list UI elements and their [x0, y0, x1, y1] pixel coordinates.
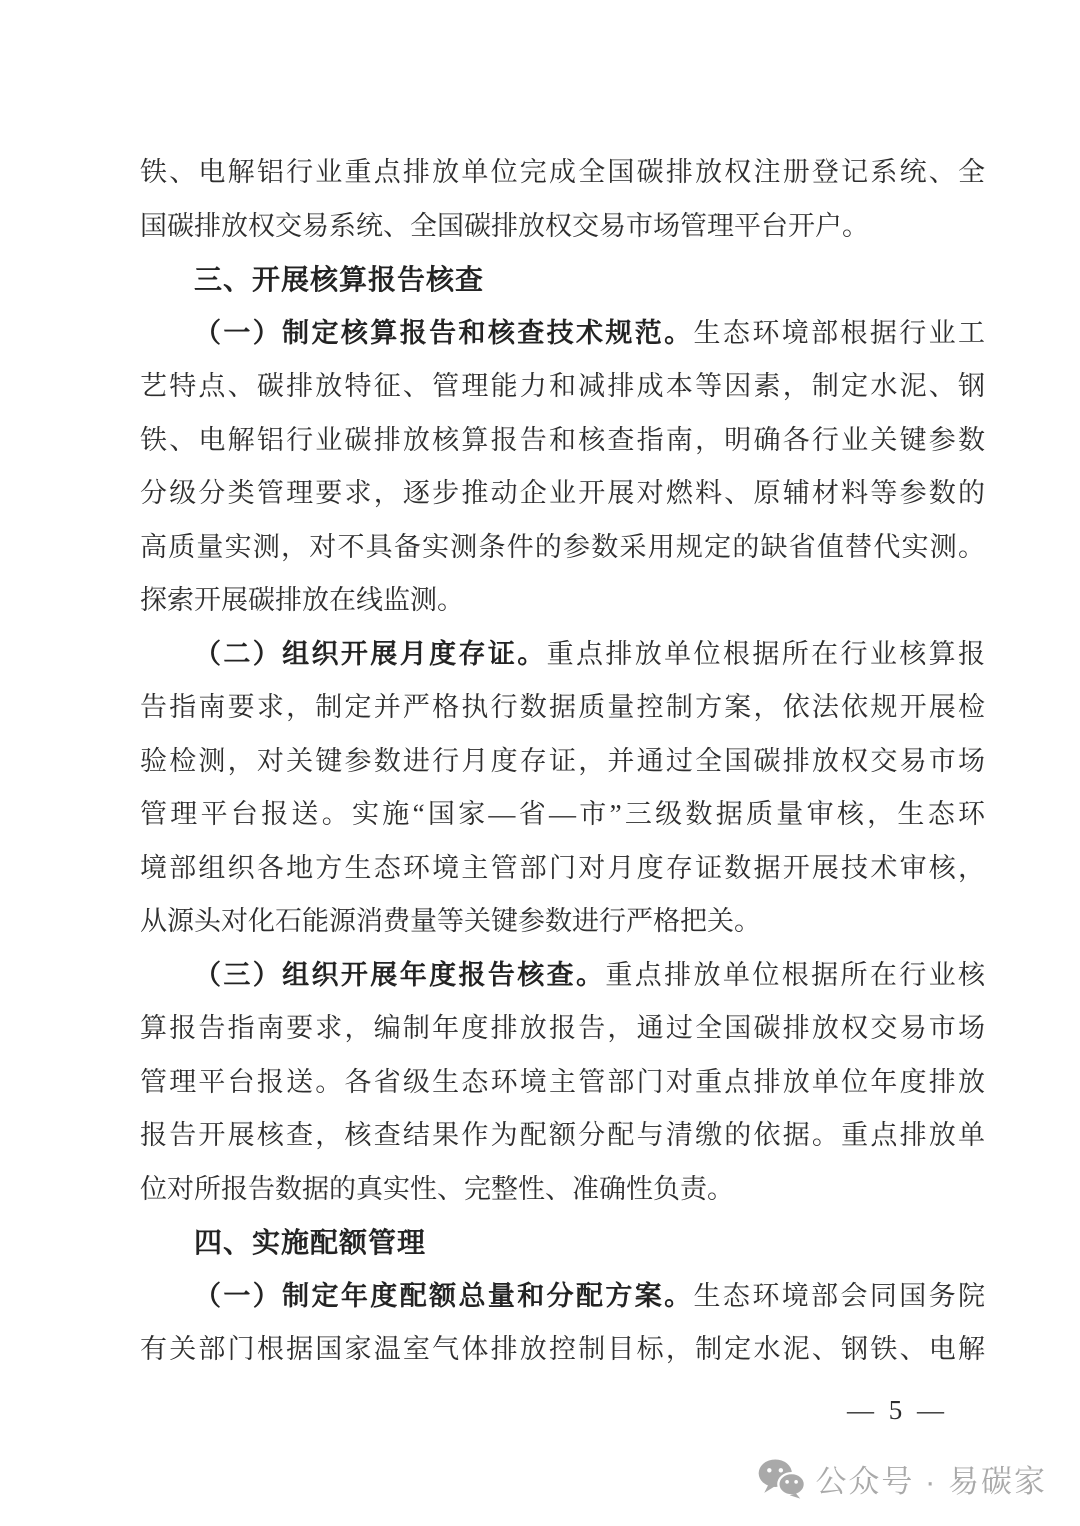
text-line: 管理平台报送。各省级生态环境主管部门对重点排放单位年度排放	[140, 1056, 985, 1110]
text-segment: 探索开展碳排放在线监测。	[140, 585, 464, 615]
text-line: 位对所报告数据的真实性、完整性、准确性负责。	[140, 1163, 985, 1217]
text-segment: 铁、电解铝行业碳排放核算报告和核查指南，明确各行业关键参数	[140, 425, 985, 455]
text-segment: 重点排放单位根据所在行业核算报	[547, 639, 985, 669]
bold-text-segment: 四、实施配额管理	[194, 1227, 426, 1258]
bold-text-segment: （三）组织开展年度报告核查。	[194, 960, 605, 990]
text-segment: 生态环境部会同国务院	[694, 1281, 985, 1311]
document-body: 铁、电解铝行业重点排放单位完成全国碳排放权注册登记系统、全国碳排放权交易系统、全…	[140, 146, 985, 1377]
page-number: — 5 —	[847, 1394, 944, 1426]
text-line: 探索开展碳排放在线监测。	[140, 574, 985, 628]
text-segment: 有关部门根据国家温室气体排放控制目标，制定水泥、钢铁、电解	[140, 1334, 985, 1364]
text-segment: 高质量实测，对不具备实测条件的参数采用规定的缺省值替代实测。	[140, 532, 985, 562]
text-segment: 管理平台报送。实施“国家—省—市”三级数据质量审核，生态环	[140, 799, 985, 829]
text-segment: 国碳排放权交易系统、全国碳排放权交易市场管理平台开户。	[140, 211, 869, 241]
text-segment: 艺特点、碳排放特征、管理能力和减排成本等因素，制定水泥、钢	[140, 371, 985, 401]
text-line: 从源头对化石能源消费量等关键参数进行严格把关。	[140, 895, 985, 949]
section-heading: 三、开展核算报告核查	[140, 253, 985, 307]
text-segment: 验检测，对关键参数进行月度存证，并通过全国碳排放权交易市场	[140, 746, 985, 776]
text-line: 报告开展核查，核查结果作为配额分配与清缴的依据。重点排放单	[140, 1109, 985, 1163]
text-line: （一）制定核算报告和核查技术规范。生态环境部根据行业工	[140, 307, 985, 361]
document-page: 铁、电解铝行业重点排放单位完成全国碳排放权注册登记系统、全国碳排放权交易系统、全…	[0, 0, 1080, 1526]
text-line: 算报告指南要求，编制年度排放报告，通过全国碳排放权交易市场	[140, 1002, 985, 1056]
text-segment: 铁、电解铝行业重点排放单位完成全国碳排放权注册登记系统、全	[140, 157, 985, 187]
text-line: 分级分类管理要求，逐步推动企业开展对燃料、原辅材料等参数的	[140, 467, 985, 521]
text-line: 铁、电解铝行业重点排放单位完成全国碳排放权注册登记系统、全	[140, 146, 985, 200]
watermark: 公众号 · 易碳家	[758, 1456, 1047, 1501]
bold-text-segment: 三、开展核算报告核查	[194, 264, 484, 295]
text-segment: 管理平台报送。各省级生态环境主管部门对重点排放单位年度排放	[140, 1067, 985, 1097]
text-line: 告指南要求，制定并严格执行数据质量控制方案，依法依规开展检	[140, 681, 985, 735]
bold-text-segment: （一）制定核算报告和核查技术规范。	[194, 318, 694, 348]
text-segment: 境部组织各地方生态环境主管部门对月度存证数据开展技术审核，	[140, 853, 985, 883]
text-line: 管理平台报送。实施“国家—省—市”三级数据质量审核，生态环	[140, 788, 985, 842]
text-segment: 告指南要求，制定并严格执行数据质量控制方案，依法依规开展检	[140, 692, 985, 722]
text-segment: 报告开展核查，核查结果作为配额分配与清缴的依据。重点排放单	[140, 1120, 985, 1150]
watermark-label: 公众号 · 易碳家	[815, 1456, 1047, 1501]
text-segment: 生态环境部根据行业工	[694, 318, 985, 348]
text-segment: 重点排放单位根据所在行业核	[605, 960, 985, 990]
text-line: 验检测，对关键参数进行月度存证，并通过全国碳排放权交易市场	[140, 735, 985, 789]
bold-text-segment: （一）制定年度配额总量和分配方案。	[194, 1281, 694, 1311]
text-segment: 分级分类管理要求，逐步推动企业开展对燃料、原辅材料等参数的	[140, 478, 985, 508]
section-heading: 四、实施配额管理	[140, 1216, 985, 1270]
wechat-icon	[758, 1458, 806, 1499]
text-line: （二）组织开展月度存证。重点排放单位根据所在行业核算报	[140, 628, 985, 682]
text-line: 国碳排放权交易系统、全国碳排放权交易市场管理平台开户。	[140, 200, 985, 254]
text-line: 高质量实测，对不具备实测条件的参数采用规定的缺省值替代实测。	[140, 521, 985, 575]
text-line: （三）组织开展年度报告核查。重点排放单位根据所在行业核	[140, 949, 985, 1003]
text-line: 有关部门根据国家温室气体排放控制目标，制定水泥、钢铁、电解	[140, 1323, 985, 1377]
text-segment: 位对所报告数据的真实性、完整性、准确性负责。	[140, 1174, 734, 1204]
bold-text-segment: （二）组织开展月度存证。	[194, 639, 547, 669]
text-line: （一）制定年度配额总量和分配方案。生态环境部会同国务院	[140, 1270, 985, 1324]
text-line: 铁、电解铝行业碳排放核算报告和核查指南，明确各行业关键参数	[140, 414, 985, 468]
text-segment: 从源头对化石能源消费量等关键参数进行严格把关。	[140, 906, 761, 936]
text-line: 艺特点、碳排放特征、管理能力和减排成本等因素，制定水泥、钢	[140, 360, 985, 414]
text-line: 境部组织各地方生态环境主管部门对月度存证数据开展技术审核，	[140, 842, 985, 896]
text-segment: 算报告指南要求，编制年度排放报告，通过全国碳排放权交易市场	[140, 1013, 985, 1043]
